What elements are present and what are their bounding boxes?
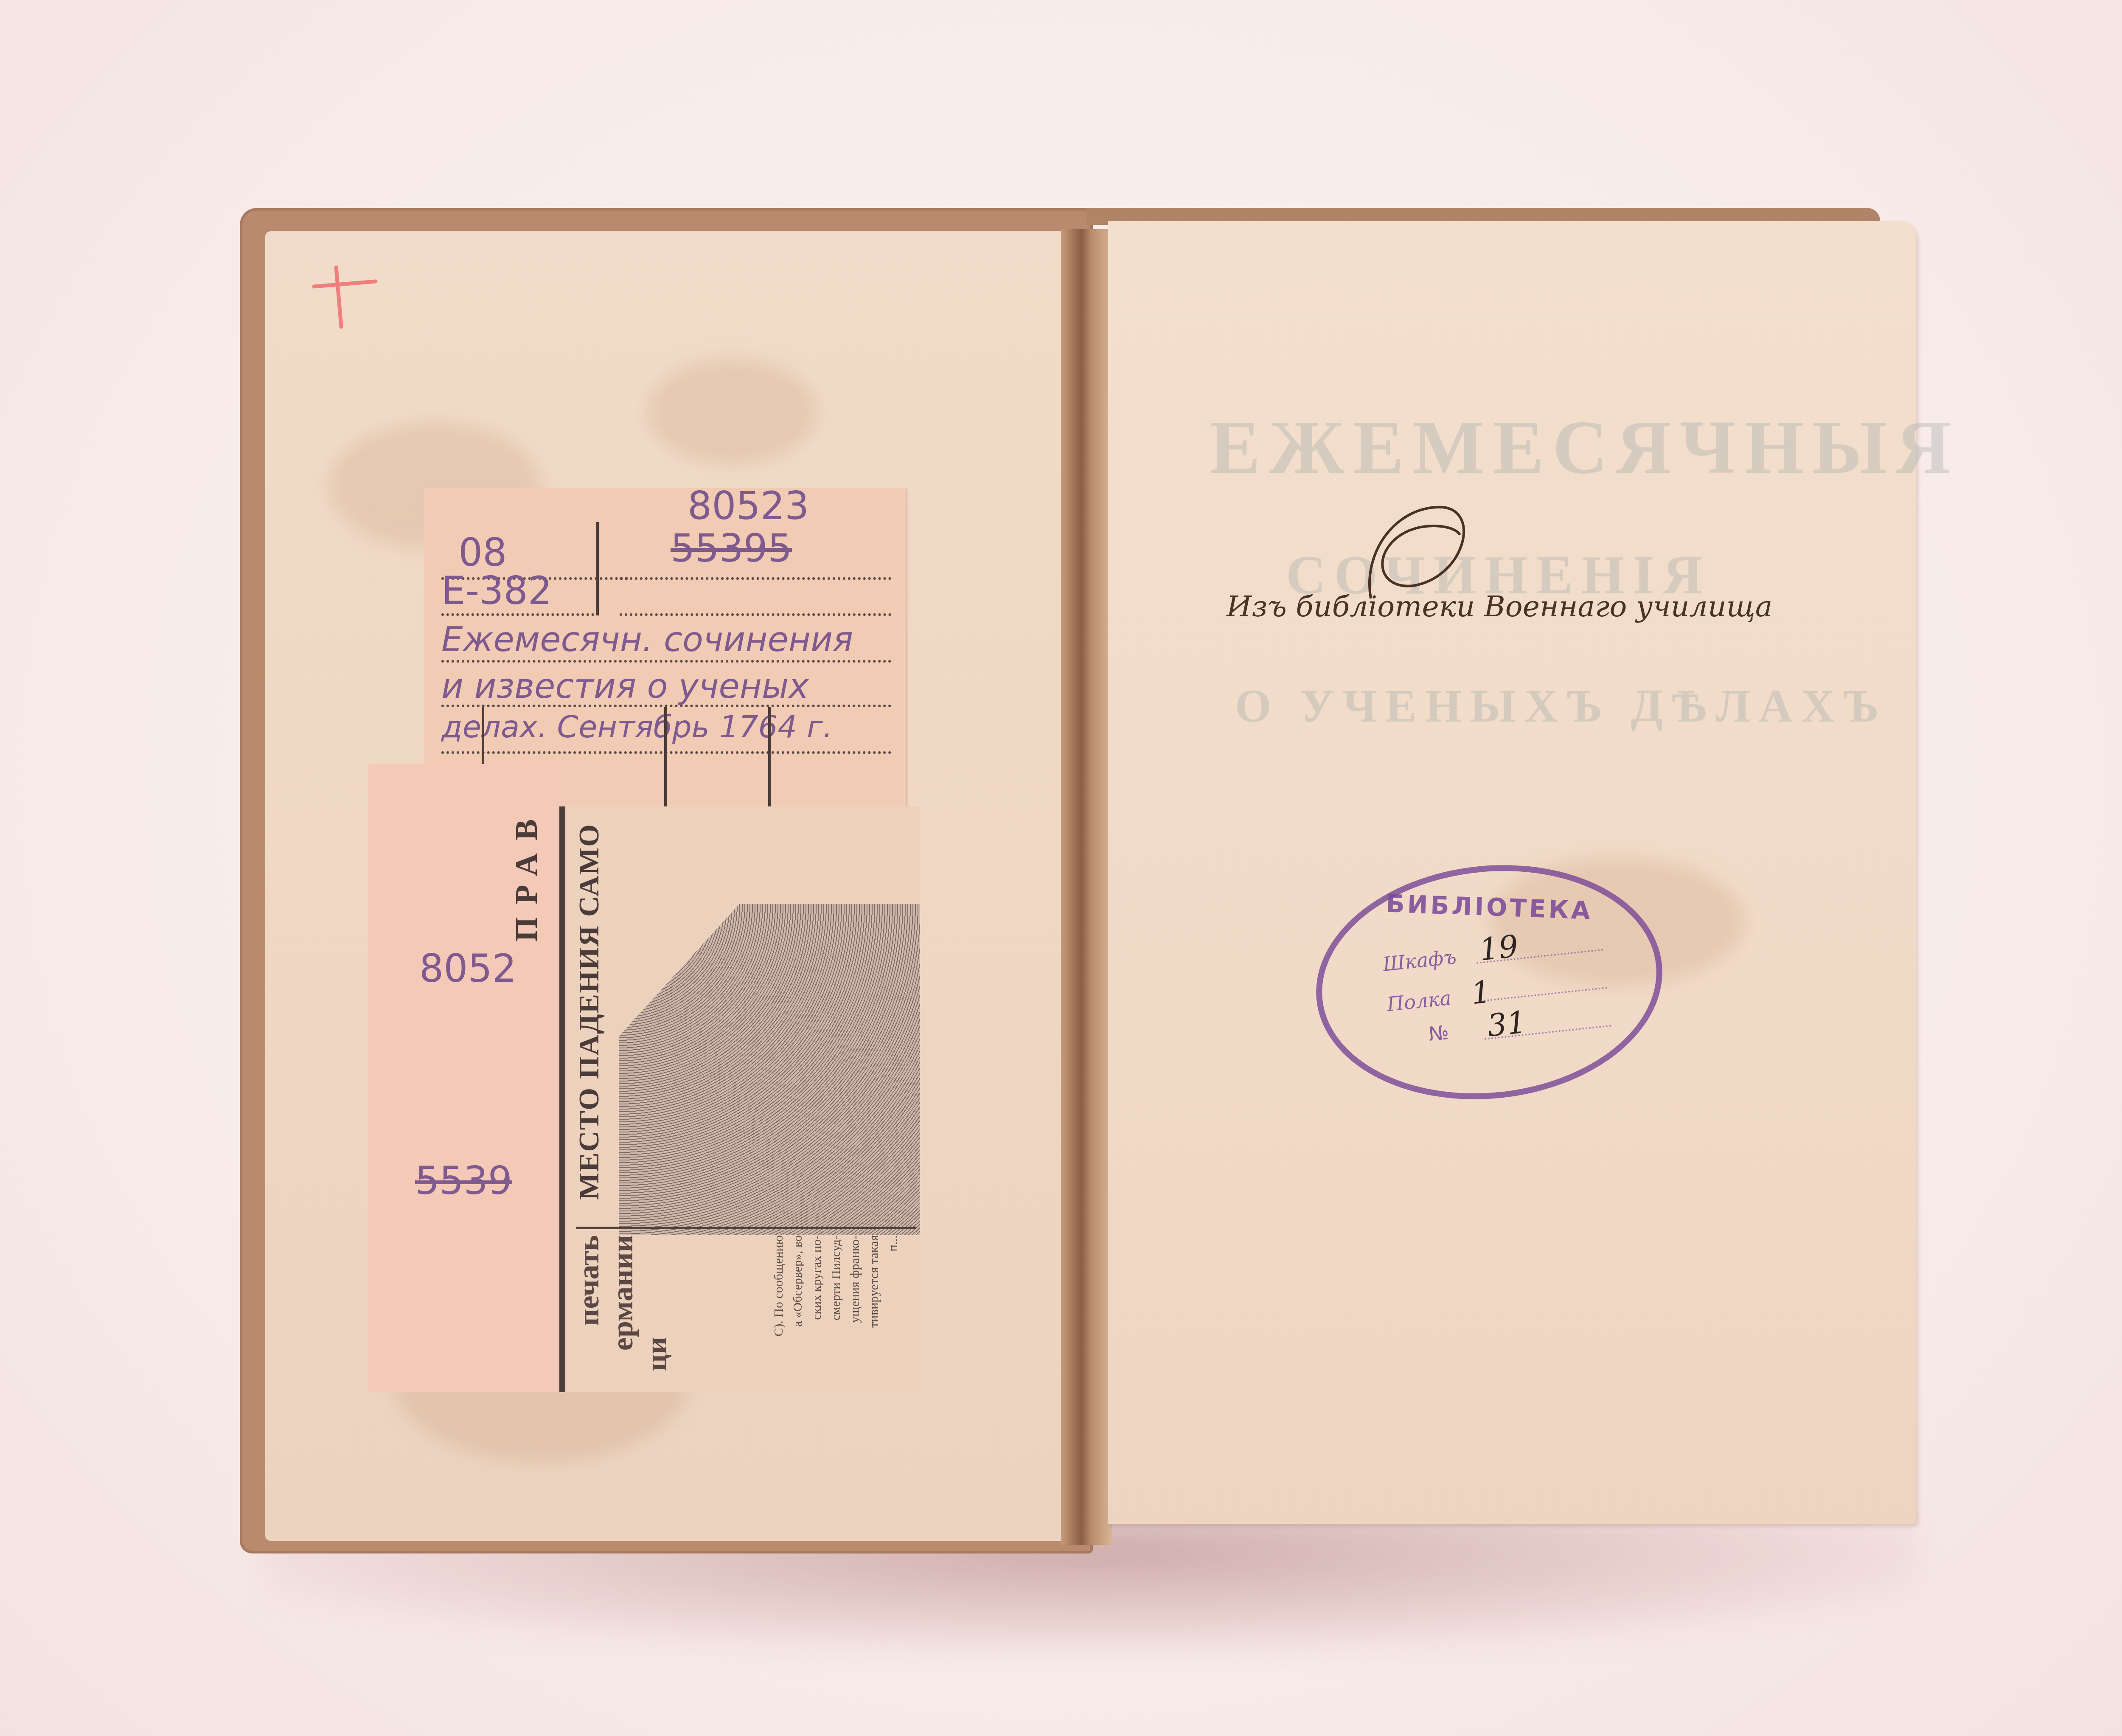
clipping-body-line: С). По сообщению: [772, 1235, 786, 1337]
clipping-body-line: ущения франко-: [848, 1235, 862, 1323]
faded-title-line: ЕЖЕМЕСЯЧНЫЯ: [1210, 403, 1959, 491]
clipping-subhead: ци: [640, 1337, 674, 1371]
card-rule: [596, 522, 599, 615]
card-rule: [620, 577, 891, 580]
clipping-subhead: ермании: [606, 1235, 640, 1351]
halftone-photo: [619, 904, 920, 1235]
book-spine: [1061, 229, 1112, 1545]
card-title-line: и известия о ученых: [441, 666, 808, 706]
clipping-subhead: печать: [572, 1235, 606, 1326]
slip-number: 8052: [419, 947, 516, 991]
handwritten-inscription: Изъ библіотеки Военнаго училища: [1227, 590, 1772, 624]
newspaper-clipping: МЕСТО ПАДЕНИЯ САМО печать ермании ци С).…: [559, 806, 920, 1392]
card-rule: [620, 613, 891, 616]
clipping-body-line: тивируется такая: [867, 1235, 881, 1328]
red-pencil-cross-icon: [310, 265, 378, 329]
pink-call-slip: 8052 5539 ПРАВ: [368, 764, 559, 1392]
shelf-mark: E-382: [441, 569, 552, 613]
card-number: 80523: [688, 484, 809, 528]
card-title-line: Ежемесячн. сочинения: [441, 620, 853, 659]
stamp-row-value: 1: [1469, 974, 1492, 1011]
stamp-shelf-label: Шкафъ: [1381, 945, 1457, 976]
card-number-struck: 55395: [671, 526, 792, 571]
stamp-row-label: Полка: [1386, 986, 1452, 1016]
clipping-headline: МЕСТО ПАДЕНИЯ САМО: [572, 823, 606, 1200]
clipping-body-line: ских кругах по-: [810, 1235, 824, 1320]
newspaper-masthead: ПРАВ: [508, 806, 545, 942]
stamp-rule: [1480, 987, 1607, 1002]
foxing-stain: [647, 359, 817, 465]
card-rule: [441, 660, 891, 663]
clipping-body-line: п...: [886, 1235, 901, 1252]
card-rule: [441, 613, 594, 616]
faded-title-line: О УЧЕНЫХЪ ДѢЛАХЪ: [1235, 679, 1887, 733]
stamp-title: БИБЛІОТЕКА: [1385, 889, 1593, 925]
slip-number-struck: 5539: [415, 1159, 512, 1203]
column-rule: [559, 806, 565, 1392]
clipping-body-line: смерти Пилсуд-: [829, 1235, 843, 1320]
clipping-body-line: а «Обсервер», во: [791, 1235, 805, 1327]
stamp-number-label: №: [1427, 1021, 1450, 1046]
card-title-line: делах. Сентябрь 1764 г.: [441, 709, 833, 744]
clipping-rule: [576, 1227, 916, 1229]
